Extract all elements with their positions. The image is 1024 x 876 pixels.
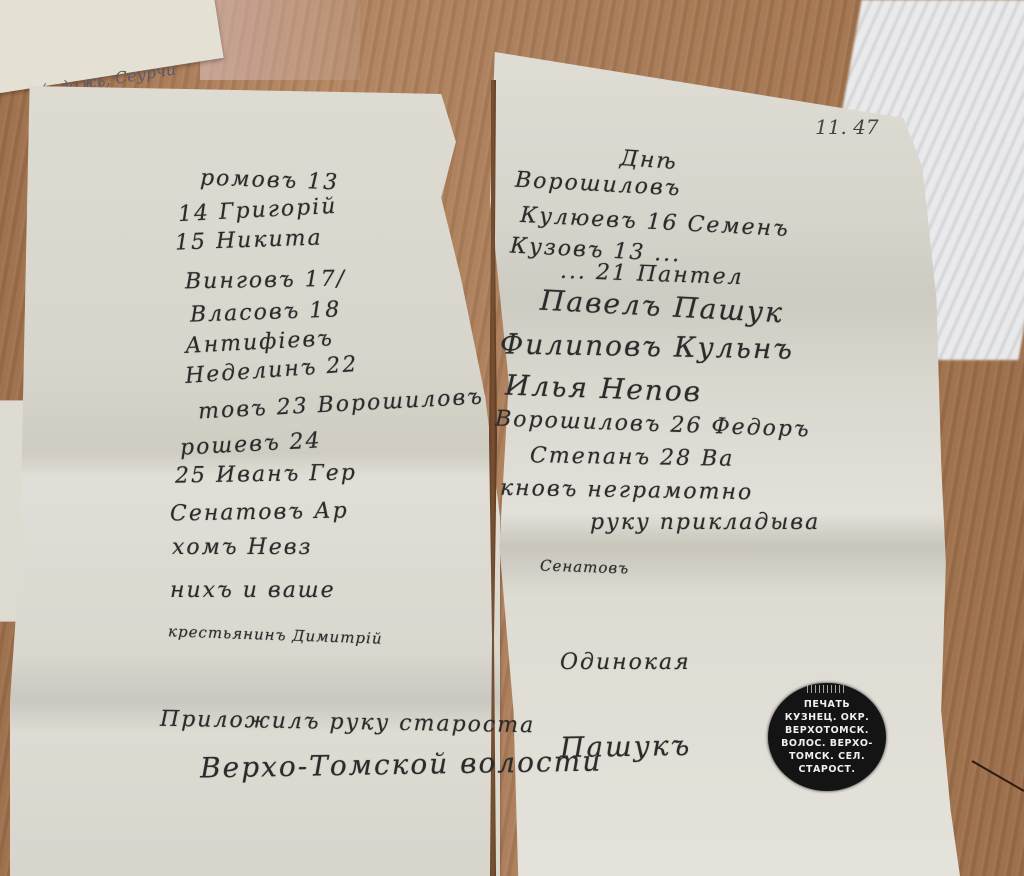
handwriting-line: Сенатовъ — [540, 556, 630, 577]
handwriting-line: Сенатовъ Ар — [170, 498, 349, 526]
stamp-text: ВОЛОС. ВЕРХО- — [781, 737, 873, 750]
handwriting-line: Степанъ 28 Ва — [530, 443, 735, 472]
signature-line: Одинокая — [560, 650, 691, 675]
stamp-rays-icon — [807, 685, 847, 693]
handwriting-line: Винговъ 17/ — [185, 267, 346, 295]
handwriting-line: 15 Никита — [175, 225, 323, 255]
page-number-mark: 11. 47 — [815, 115, 879, 139]
handwriting-line: Днѣ — [619, 146, 678, 175]
handwriting-line: Филиповъ Кульнъ — [500, 327, 795, 365]
signature-line: Пашукъ — [560, 729, 692, 764]
stamp-text: ТОМСК. СЕЛ. — [789, 750, 865, 763]
handwriting-line: руку прикладыва — [590, 510, 820, 535]
handwriting-line: ромовъ 13 — [200, 166, 340, 196]
stamp-text: СТАРОСТ. — [799, 763, 856, 776]
stamp-text: ПЕЧАТЬ — [804, 698, 850, 711]
handwriting-line: Илья Непов — [504, 369, 702, 409]
handwriting-line: кновъ неграмотно — [500, 476, 754, 505]
handwriting-line: 25 Иванъ Гер — [175, 460, 357, 488]
handwriting-line: Власовъ 18 — [190, 297, 342, 327]
light-glare-top — [200, 0, 360, 80]
official-stamp: ПЕЧАТЬ КУЗНЕЦ. ОКР. ВЕРХОТОМСК. ВОЛОС. В… — [768, 683, 886, 791]
handwriting-line: нихъ и ваше — [170, 578, 336, 603]
stamp-text: КУЗНЕЦ. ОКР. — [785, 711, 869, 724]
handwriting-line: хомъ Невз — [172, 535, 313, 560]
stamp-text: ВЕРХОТОМСК. — [785, 724, 869, 737]
signature-line: Верхо-Томской волости — [200, 744, 603, 784]
